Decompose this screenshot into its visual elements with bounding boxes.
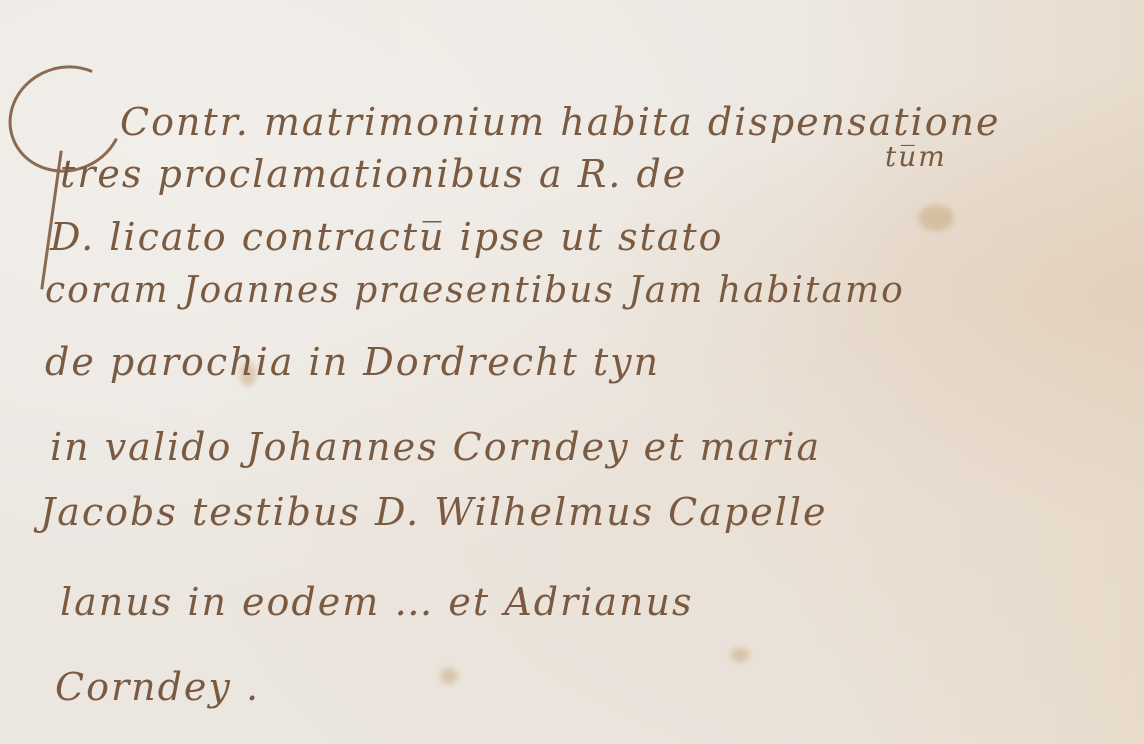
ink-stain	[730, 648, 750, 662]
text-line-9: Corndey .	[55, 665, 260, 709]
text-line-1b: tu̅m	[885, 140, 947, 173]
ink-stain	[440, 668, 458, 684]
text-line-1: Contr. matrimonium habita dispensatione	[120, 100, 1001, 144]
text-line-6: in valido Johannes Corndey et maria	[50, 425, 821, 469]
text-line-8: lanus in eodem … et Adrianus	[60, 580, 693, 624]
text-line-4: coram Joannes praesentibus Jam habitamo	[45, 270, 905, 311]
text-line-3: D. licato contractu̅ ipse ut stato	[50, 215, 724, 259]
text-line-2: tres proclamationibus a R. de	[60, 152, 687, 196]
ink-stain	[918, 205, 954, 231]
text-line-7: Jacobs testibus D. Wilhelmus Capelle	[40, 490, 828, 534]
manuscript-page: ​ Contr. matrimonium habita dispensation…	[0, 0, 1144, 744]
text-line-5: de parochia in Dordrecht tyn	[45, 340, 660, 384]
